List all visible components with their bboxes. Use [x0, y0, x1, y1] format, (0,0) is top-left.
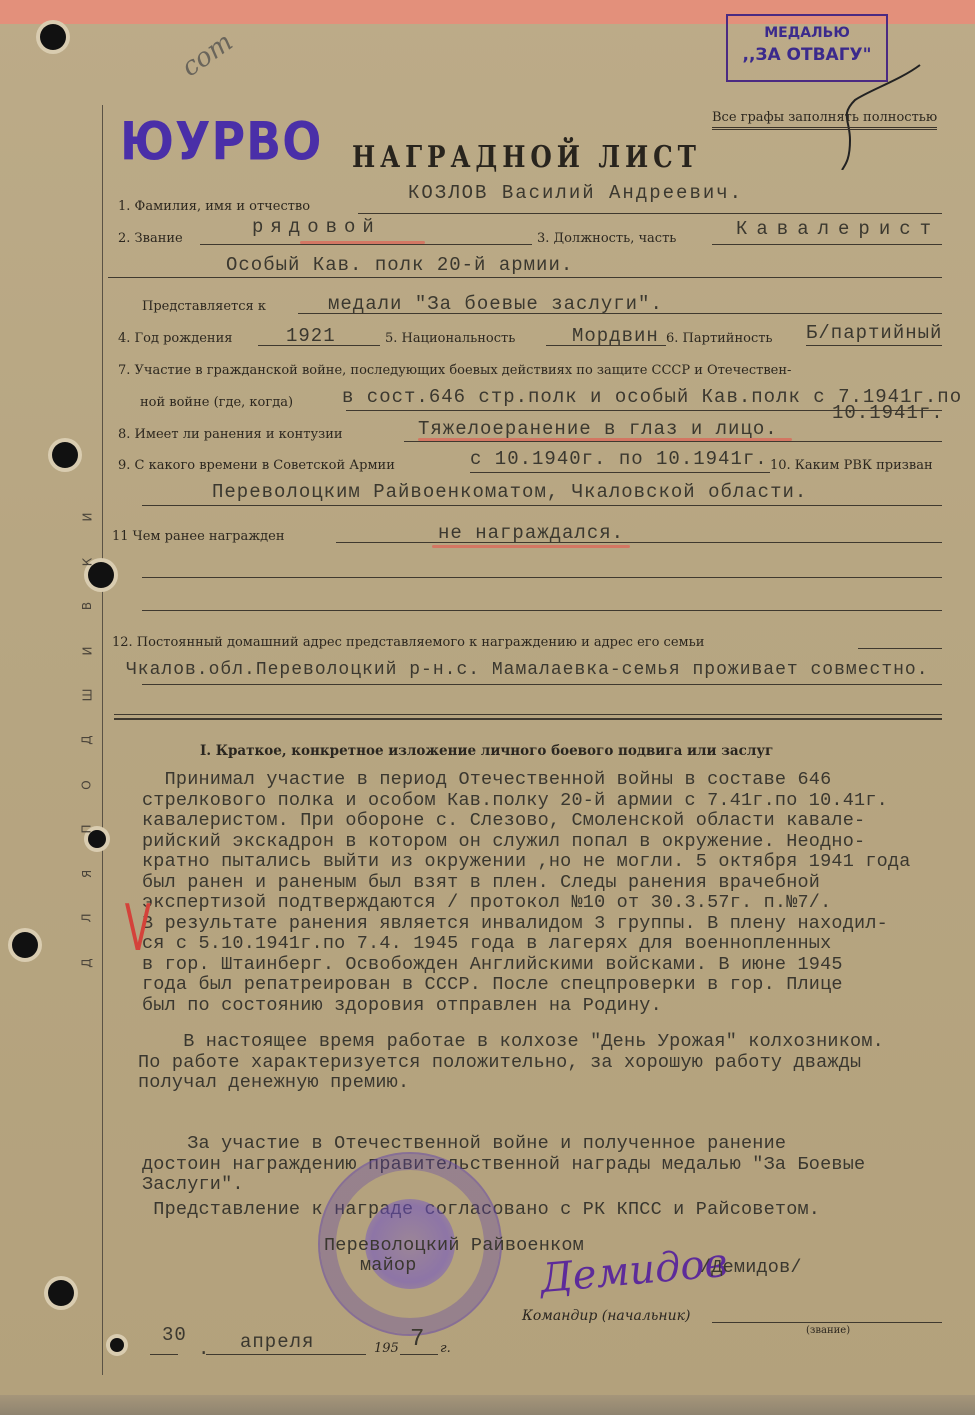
award-sheet-page: ДЛЯПОДШИВКИ сот ЮУРВО МЕДАЛЬЮ ,,ЗА ОТВАГ…: [0, 0, 975, 1415]
margin-letter: Я: [80, 870, 94, 878]
field-10-label: 10. Каким РВК призван: [770, 458, 933, 473]
punch-hole-icon: [52, 442, 78, 468]
field-5-label: 5. Национальность: [385, 331, 515, 346]
margin-letter: П: [80, 825, 94, 834]
field-2-value: рядовой: [252, 216, 381, 238]
field-7-value-cont: 10.1941г.: [832, 402, 944, 424]
field-10-value: Переволоцким Райвоенкоматом, Чкаловской …: [212, 481, 807, 503]
margin-vertical-text: ДЛЯПОДШИВКИ: [72, 510, 102, 970]
punch-hole-icon: [110, 1338, 124, 1352]
instruction-note: Все графы заполнять полностью: [712, 110, 937, 130]
date-g: г.: [440, 1341, 451, 1356]
binding-margin-rule: [102, 105, 103, 1375]
field-3-value: Кавалерист: [736, 218, 940, 240]
punch-hole-icon: [40, 24, 66, 50]
margin-letter: Ш: [80, 689, 94, 702]
margin-letter: О: [80, 780, 94, 789]
org-stamp: ЮУРВО: [120, 110, 322, 172]
field-4-value: 1921: [286, 325, 336, 347]
field-6-label: 6. Партийность: [666, 331, 773, 346]
page-bottom-edge: [0, 1395, 975, 1415]
field-2-label: 2. Звание: [118, 231, 183, 246]
rank-caption: (звание): [806, 1325, 850, 1336]
current-work-description: В настоящее время работае в колхозе "Ден…: [138, 1032, 884, 1094]
field-8-label: 8. Имеет ли ранения и контузии: [118, 427, 343, 442]
section-title: I. Краткое, конкретное изложение личного…: [200, 743, 773, 759]
margin-letter: И: [80, 646, 94, 655]
field-3-label: 3. Должность, часть: [537, 231, 676, 246]
award-stamp-line1: МЕДАЛЬЮ: [728, 22, 886, 44]
field-3-value-cont: Особый Кав. полк 20-й армии.: [226, 254, 573, 276]
commander-label: Командир (начальник): [522, 1308, 690, 1324]
field-1-value: КОЗЛОВ Василий Андреевич.: [408, 182, 743, 204]
pencil-note: сот: [176, 27, 238, 83]
field-4-label: 4. Год рождения: [118, 331, 232, 346]
office-line1: Переволоцкий Райвоенком: [324, 1236, 584, 1257]
office-line2: майор: [360, 1256, 417, 1277]
red-check-mark-icon: V: [125, 892, 151, 966]
date-year-suffix: 7: [410, 1326, 425, 1353]
signatory-name: /Демидов/: [700, 1258, 802, 1279]
margin-letter: Д: [80, 958, 94, 967]
field-1-label: 1. Фамилия, имя и отчество: [118, 199, 310, 214]
punch-hole-icon: [12, 932, 38, 958]
field-11-value: не награждался.: [438, 522, 624, 544]
field-12-label: 12. Постоянный домашний адрес представля…: [112, 635, 704, 650]
margin-letter: Л: [80, 914, 94, 923]
field-6-value: Б/партийный: [806, 322, 942, 344]
date-year-prefix: 195: [374, 1341, 399, 1356]
merit-description: Принимал участие в период Отечественной …: [142, 770, 911, 1016]
margin-letter: К: [80, 557, 94, 566]
page-title: НАГРАДНОЙ ЛИСТ: [352, 140, 701, 175]
field-8-value: Тяжелоеранение в глаз и лицо.: [418, 418, 778, 440]
field-7-label-line1: 7. Участие в гражданской войне, последую…: [118, 363, 791, 378]
field-9-value: с 10.1940г. по 10.1941г.: [470, 448, 768, 470]
date-month: апреля: [240, 1331, 314, 1353]
field-11-label: 11 Чем ранее награжден: [112, 529, 285, 544]
field-5-value: Мордвин: [572, 325, 659, 347]
margin-letter: И: [80, 513, 94, 522]
nominated-label: Представляется к: [142, 299, 266, 314]
nominated-value: медали "За боевые заслуги".: [328, 293, 663, 315]
award-recommendation: За участие в Отечественной войне и получ…: [142, 1134, 865, 1196]
date-day: 30: [162, 1324, 187, 1346]
punch-hole-icon: [48, 1280, 74, 1306]
margin-letter: В: [80, 602, 94, 610]
field-7-label-line2: ной войне (где, когда): [140, 395, 293, 410]
field-12-value: Чкалов.обл.Переволоцкий р-н.с. Мамалаевк…: [126, 660, 929, 680]
margin-letter: Д: [80, 735, 94, 744]
field-9-label: 9. С какого времени в Советской Армии: [118, 458, 395, 473]
